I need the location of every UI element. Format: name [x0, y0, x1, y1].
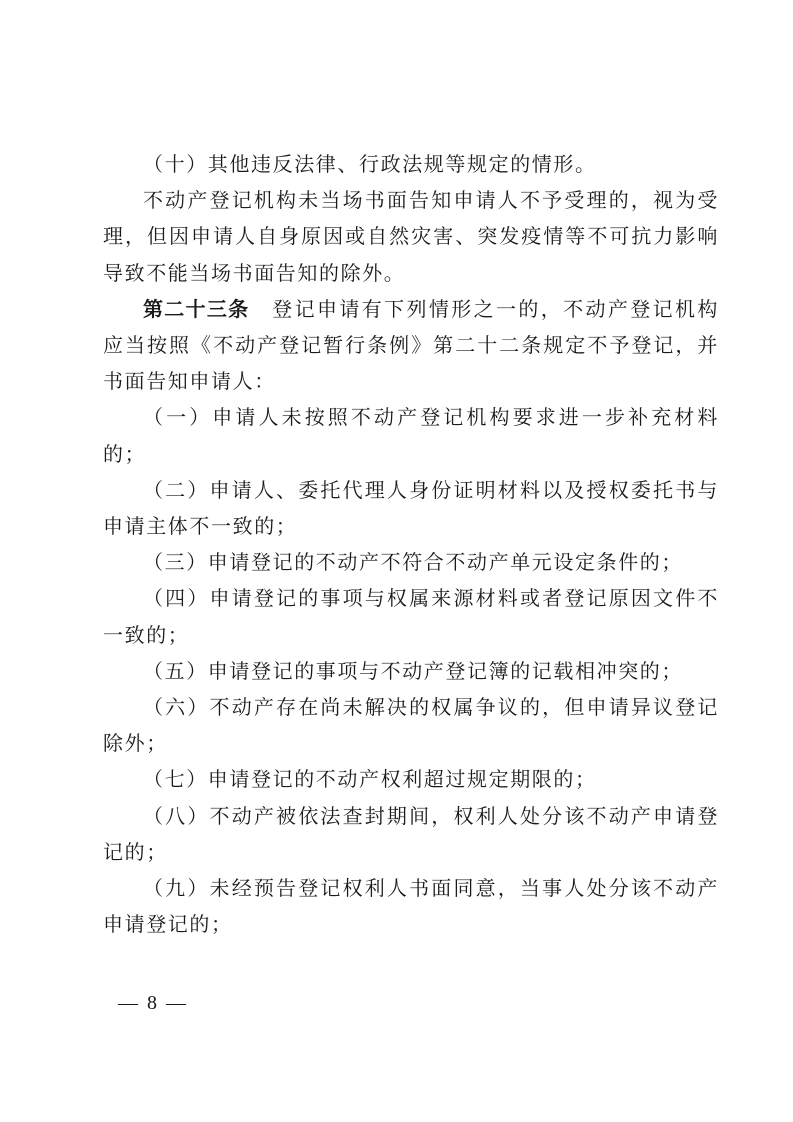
body-paragraph: 不动产登记机构未当场书面告知申请人不予受理的，视为受理，但因申请人自身原因或自然… [103, 182, 719, 291]
item-6: （六）不动产存在尚未解决的权属争议的，但申请异议登记除外； [103, 689, 719, 761]
article-23: 第二十三条登记申请有下列情形之一的，不动产登记机构应当按照《不动产登记暂行条例》… [103, 291, 719, 400]
item-10: （十）其他违反法律、行政法规等规定的情形。 [103, 146, 719, 182]
item-5: （五）申请登记的事项与不动产登记簿的记载相冲突的； [103, 653, 719, 689]
item-2: （二）申请人、委托代理人身份证明材料以及授权委托书与申请主体不一致的； [103, 472, 719, 544]
item-3: （三）申请登记的不动产不符合不动产单元设定条件的； [103, 544, 719, 580]
item-9: （九）未经预告登记权利人书面同意，当事人处分该不动产申请登记的； [103, 870, 719, 942]
item-1: （一）申请人未按照不动产登记机构要求进一步补充材料的； [103, 399, 719, 471]
item-8: （八）不动产被依法查封期间，权利人处分该不动产申请登记的； [103, 798, 719, 870]
page-number: — 8 — [118, 992, 188, 1015]
document-page: （十）其他违反法律、行政法规等规定的情形。 不动产登记机构未当场书面告知申请人不… [103, 146, 719, 942]
article-heading: 第二十三条 [143, 297, 249, 321]
item-7: （七）申请登记的不动产权利超过规定期限的； [103, 761, 719, 797]
item-4: （四）申请登记的事项与权属来源材料或者登记原因文件不一致的； [103, 580, 719, 652]
